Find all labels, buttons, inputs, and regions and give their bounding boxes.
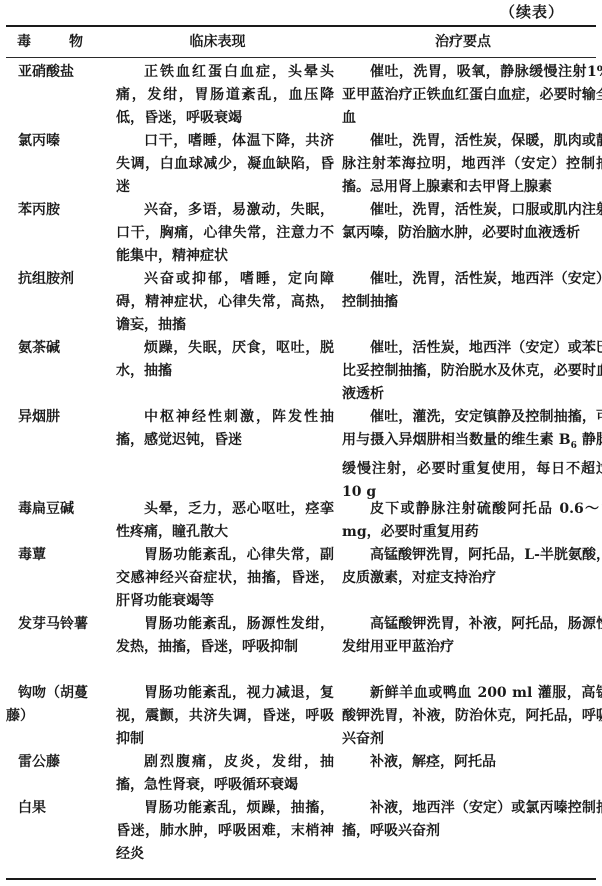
header-rule	[6, 57, 596, 58]
poison-cell: 雷公藤	[0, 751, 96, 774]
poison-cell: 苯丙胺	[0, 199, 96, 222]
header-treatment: 治疗要点	[330, 27, 596, 57]
poison-cell: 毒扁豆碱	[0, 498, 96, 521]
treatment-cell: 补液，地西泮（安定）或氯丙嗪控制抽搐，呼吸兴奋剂	[342, 797, 602, 843]
clinical-cell: 剧烈腹痛，皮炎，发绀，抽搐，急性肾衰，呼吸循环衰竭	[116, 751, 334, 797]
clinical-cell: 头晕，乏力，恶心呕吐，痉挛性疼痛，瞳孔散大	[116, 498, 334, 544]
clinical-cell: 中枢神经性刺激，阵发性抽搐，感觉迟钝，昏迷	[116, 406, 334, 452]
clinical-cell: 正铁血红蛋白血症，头晕头痛，发绀，胃肠道紊乱，血压降低，昏迷，呼吸衰竭	[116, 61, 334, 130]
table-row: 抗组胺剂 兴奋或抑郁，嗜睡，定向障碍，精神症状，心律失常，高热，谵妄，抽搐 催吐…	[0, 268, 602, 337]
table-row: 雷公藤 剧烈腹痛，皮炎，发绀，抽搐，急性肾衰，呼吸循环衰竭 补液，解痉，阿托品	[0, 751, 602, 797]
table-row: 发芽马铃薯 胃肠功能紊乱，肠源性发绀，发热，抽搐，昏迷，呼吸抑制 高锰酸钾洗胃，…	[0, 613, 602, 682]
poison-cell: 毒蕈	[0, 544, 96, 567]
continued-label: （续表）	[500, 1, 564, 22]
treatment-cell: 高锰酸钾洗胃，补液，阿托品，肠源性发绀用亚甲蓝治疗	[342, 613, 602, 659]
clinical-cell: 胃肠功能紊乱，视力减退，复视，震颤，共济失调，昏迷，呼吸抑制	[116, 682, 334, 751]
table-row: 异烟肼 中枢神经性刺激，阵发性抽搐，感觉迟钝，昏迷 催吐，灌洗，安定镇静及控制抽…	[0, 406, 602, 498]
treatment-cell: 催吐，活性炭，地西泮（安定）或苯巴比妥控制抽搐，防治脱水及休克，必要时血液透析	[342, 337, 602, 406]
poison-cell: 发芽马铃薯	[0, 613, 96, 636]
table-row: 毒蕈 胃肠功能紊乱，心律失常，副交感神经兴奋症状，抽搐，昏迷，肝肾功能衰竭等 高…	[0, 544, 602, 613]
treatment-cell: 催吐，洗胃，吸氧，静脉缓慢注射1%亚甲蓝治疗正铁血红蛋白血症，必要时输全血	[342, 61, 602, 130]
clinical-cell: 兴奋或抑郁，嗜睡，定向障碍，精神症状，心律失常，高热，谵妄，抽搐	[116, 268, 334, 337]
table-row: 苯丙胺 兴奋，多语，易激动，失眠，口干，胸痛，心律失常，注意力不能集中，精神症状…	[0, 199, 602, 268]
poison-cell: 氯丙嗪	[0, 130, 96, 153]
table-bottom-rule	[6, 878, 596, 880]
treatment-cell: 新鲜羊血或鸭血 200 ml 灌服，高锰酸钾洗胃，补液，防治休克，阿托品，呼吸兴…	[342, 682, 602, 751]
poison-cell: 抗组胺剂	[0, 268, 96, 291]
treatment-cell: 补液，解痉，阿托品	[342, 751, 602, 774]
poison-cell: 白果	[0, 797, 96, 820]
clinical-cell: 胃肠功能紊乱，肠源性发绀，发热，抽搐，昏迷，呼吸抑制	[116, 613, 334, 659]
poison-cell: 钩吻（胡蔓藤）	[0, 682, 96, 728]
table-row: 氯丙嗪 口干，嗜睡，体温下降，共济失调，白血球减少，凝血缺陷，昏迷 催吐，洗胃，…	[0, 130, 602, 199]
table-row: 氨茶碱 烦躁，失眠，厌食，呕吐，脱水，抽搐 催吐，活性炭，地西泮（安定）或苯巴比…	[0, 337, 602, 406]
table-row: 亚硝酸盐 正铁血红蛋白血症，头晕头痛，发绀，胃肠道紊乱，血压降低，昏迷，呼吸衰竭…	[0, 61, 602, 130]
clinical-cell: 兴奋，多语，易激动，失眠，口干，胸痛，心律失常，注意力不能集中，精神症状	[116, 199, 334, 268]
header-clinical: 临床表现	[110, 27, 325, 57]
clinical-cell: 胃肠功能紊乱，烦躁，抽搐，昏迷，肺水肿，呼吸困难，末梢神经炎	[116, 797, 334, 866]
table-row: 钩吻（胡蔓藤） 胃肠功能紊乱，视力减退，复视，震颤，共济失调，昏迷，呼吸抑制 新…	[0, 682, 602, 751]
treatment-cell: 催吐，灌洗，安定镇静及控制抽搐，可用与摄入异烟肼相当数量的维生素 B6 静脉缓慢…	[342, 406, 602, 504]
treatment-cell: 催吐，洗胃，活性炭，保暖，肌肉或静脉注射苯海拉明，地西泮（安定）控制抽搐。忌用肾…	[342, 130, 602, 199]
treatment-cell: 催吐，洗胃，活性炭，口服或肌内注射氯丙嗪，防治脑水肿，必要时血液透析	[342, 199, 602, 245]
poison-cell: 异烟肼	[0, 406, 96, 429]
treatment-cell: 高锰酸钾洗胃，阿托品，L-半胱氨酸，皮质激素，对症支持治疗	[342, 544, 602, 590]
treatment-cell: 催吐，洗胃，活性炭，地西泮（安定）控制抽搐	[342, 268, 602, 314]
clinical-cell: 烦躁，失眠，厌食，呕吐，脱水，抽搐	[116, 337, 334, 383]
clinical-cell: 口干，嗜睡，体温下降，共济失调，白血球减少，凝血缺陷，昏迷	[116, 130, 334, 199]
header-poison: 毒 物	[6, 27, 106, 57]
table-body: 亚硝酸盐 正铁血红蛋白血症，头晕头痛，发绀，胃肠道紊乱，血压降低，昏迷，呼吸衰竭…	[0, 61, 602, 866]
treatment-text-pre: 催吐，灌洗，安定镇静及控制抽搐，可用与摄入异烟肼相当数量的维生素 B	[342, 409, 602, 448]
table-row: 毒扁豆碱 头晕，乏力，恶心呕吐，痉挛性疼痛，瞳孔散大 皮下或静脉注射硫酸阿托品 …	[0, 498, 602, 544]
poison-cell: 氨茶碱	[0, 337, 96, 360]
poison-cell: 亚硝酸盐	[0, 61, 96, 84]
clinical-cell: 胃肠功能紊乱，心律失常，副交感神经兴奋症状，抽搐，昏迷，肝肾功能衰竭等	[116, 544, 334, 613]
table-row: 白果 胃肠功能紊乱，烦躁，抽搐，昏迷，肺水肿，呼吸困难，末梢神经炎 补液，地西泮…	[0, 797, 602, 866]
treatment-cell: 皮下或静脉注射硫酸阿托品 0.6～1 mg，必要时重复用药	[342, 498, 602, 544]
